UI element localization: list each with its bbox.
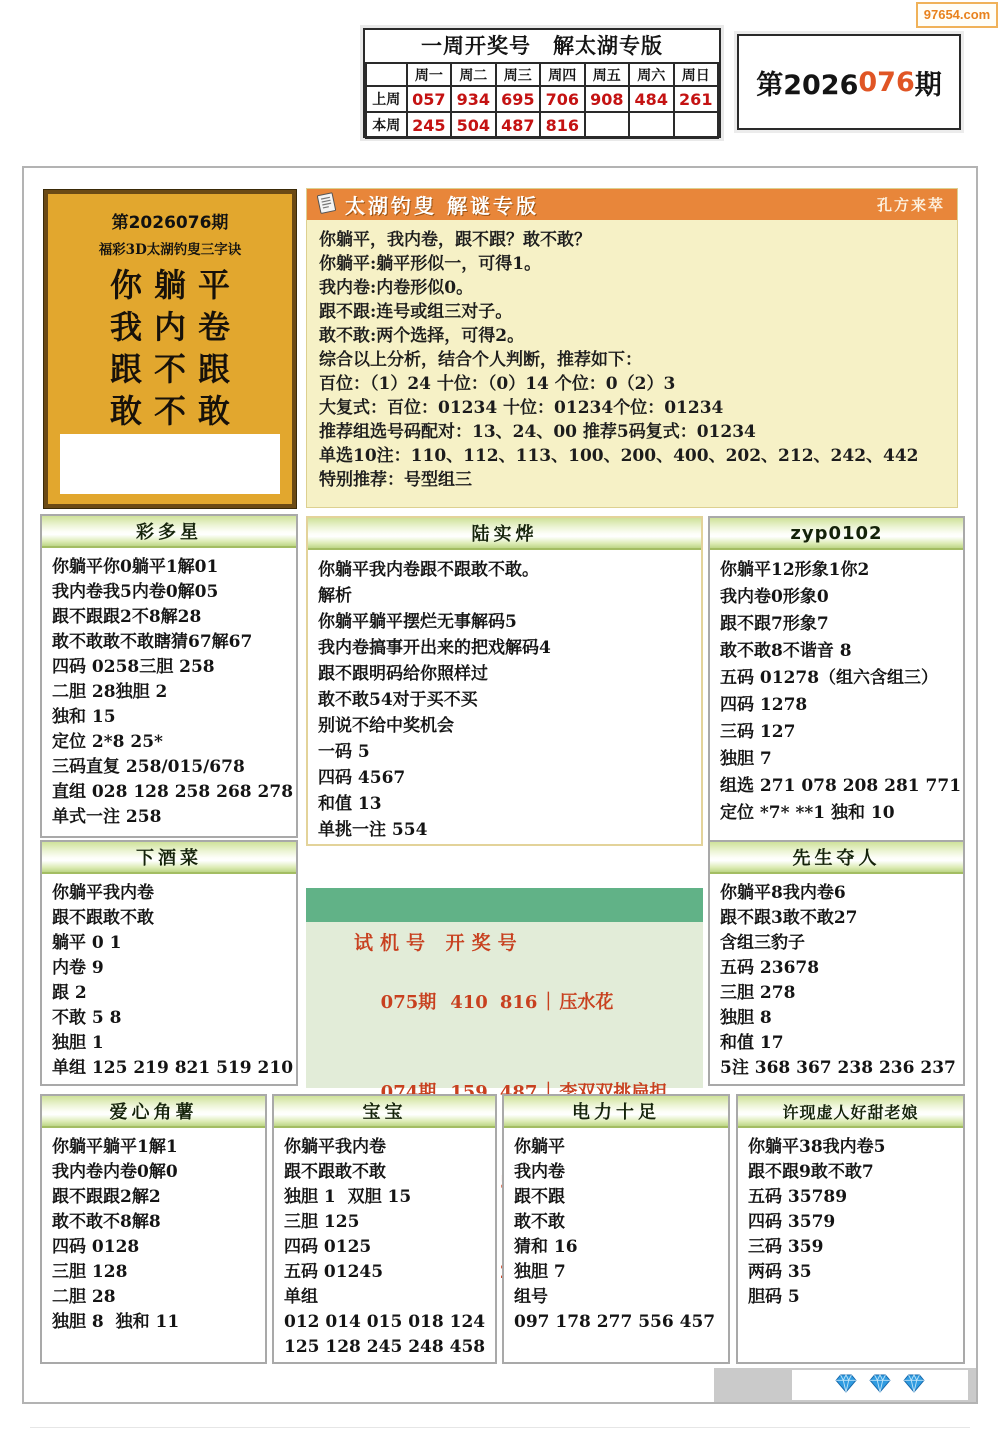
box-title: 陆实烨	[308, 518, 701, 550]
text-line: 我内卷:内卷形似0。	[319, 276, 945, 300]
text-line: 胆码 5	[748, 1285, 953, 1310]
trial-row: 075期410816｜压水花	[318, 958, 703, 1048]
box-lushiye: 陆实烨 你躺平我内卷跟不跟敢不敢。解析你躺平躺平摆烂无事解码5我内卷搞事开出来的…	[306, 516, 703, 846]
text-line: 跟不跟	[48, 348, 292, 390]
text-line: 解析	[318, 583, 691, 609]
box-lines: 你躺平12形象1你2我内卷0形象0跟不跟7形象7敢不敢8不谐音 8五码 0127…	[710, 550, 963, 827]
text-line: 含组三豹子	[720, 931, 953, 956]
number-cell: 057	[407, 86, 451, 112]
table-row: 本周 245 504 487 816	[366, 112, 718, 138]
text-line: 你躺平:躺平形似一，可得1。	[319, 252, 945, 276]
divider	[30, 1427, 970, 1428]
row-label-cell: 本周	[366, 112, 407, 138]
text-line: 独和 15	[52, 705, 286, 730]
box-title: 电力十足	[504, 1096, 728, 1128]
trial-title: 试机号 开奖号	[318, 928, 703, 958]
box-caiduoxing: 彩多星 你躺平你0躺平1解01我内卷我5内卷0解05跟不跟跟2不8解28敢不敢敢…	[40, 514, 298, 838]
box-lines: 你躺平我内卷跟不跟敢不敢。解析你躺平躺平摆烂无事解码5我内卷搞事开出来的把戏解码…	[308, 550, 701, 843]
box-title: 爱心角薯	[42, 1096, 265, 1128]
text-line: 五码 35789	[748, 1185, 953, 1210]
text-line: 跟不跟	[514, 1185, 718, 1210]
gold-issue-title: 第2026076期	[48, 208, 292, 233]
number-cell: 706	[540, 86, 584, 112]
riddle-header-right: 孔方来萃	[877, 194, 945, 215]
text-line: 单挑一注 554	[318, 817, 691, 843]
box-lines: 你躺平躺平1解1我内卷内卷0解0跟不跟跟2解2敢不敢不8解8四码 0128三胆 …	[42, 1128, 265, 1335]
number-cell: 487	[496, 112, 540, 138]
text-line: 内卷 9	[52, 956, 286, 981]
text-line: 百位：（1）24 十位：（0）14 个位：0（2）3	[319, 372, 945, 396]
text-line: 二胆 28	[52, 1285, 255, 1310]
trial-open-numbers-section: 试机号 开奖号 075期410816｜压水花 074期159487｜李双双挑扁担…	[306, 888, 703, 1088]
box-title: 先生夺人	[710, 842, 963, 874]
text-line: 012 014 015 018 124	[284, 1310, 485, 1335]
text-line: 五码 01278（组六含组三）	[720, 665, 953, 692]
text-line: 组选 271 078 208 281 771	[720, 773, 953, 800]
text-line: 独胆 1	[52, 1031, 286, 1056]
text-line: 特别推荐：号型组三	[319, 468, 945, 492]
text-line: 三码 359	[748, 1235, 953, 1260]
box-lines: 你躺平8我内卷6跟不跟3敢不敢27含组三豹子五码 23678三胆 278独胆 8…	[710, 874, 963, 1081]
text-line: 四码 1278	[720, 692, 953, 719]
box-lines: 你躺平我内卷跟不跟敢不敢躺平 0 1内卷 9跟 2不敢 5 8独胆 1单组 12…	[42, 874, 296, 1081]
text-line: 四码 0258三胆 258	[52, 655, 286, 680]
text-line: 097 178 277 556 457	[514, 1310, 718, 1335]
text-line: 125 128 245 248 458	[284, 1335, 485, 1360]
text-line: 三码直复 258/015/678	[52, 755, 286, 780]
text-line: 跟不跟敢不敢	[284, 1160, 485, 1185]
text-line: 单组 125 219 821 519 210	[52, 1056, 286, 1081]
box-title: zyp0102	[710, 518, 963, 550]
text-line: 两码 35	[748, 1260, 953, 1285]
text-line: 推荐组选号码配对：13、24、00 推荐5码复式：01234	[319, 420, 945, 444]
box-title: 彩多星	[42, 516, 296, 548]
text-line: 一码 5	[318, 739, 691, 765]
text-line: 四码 0128	[52, 1235, 255, 1260]
text-line: 三胆 128	[52, 1260, 255, 1285]
text-line: 你躺平躺平1解1	[52, 1135, 255, 1160]
box-lines: 你躺平38我内卷5跟不跟9敢不敢7五码 35789四码 3579三码 359两码…	[738, 1128, 963, 1310]
text-line: 敢不敢	[48, 390, 292, 432]
number-cell: 908	[585, 86, 629, 112]
text-line: 你躺平38我内卷5	[748, 1135, 953, 1160]
green-bar	[306, 888, 703, 922]
day-header-cell: 周四	[540, 63, 584, 86]
box-xiajiucai: 下酒菜 你躺平我内卷跟不跟敢不敢躺平 0 1内卷 9跟 2不敢 5 8独胆 1单…	[40, 840, 298, 1086]
text-line: 别说不给中奖机会	[318, 713, 691, 739]
text-line: 我内卷	[48, 306, 292, 348]
table-header-row: 周一 周二 周三 周四 周五 周六 周日	[366, 63, 718, 86]
box-title: 许现虚人好甜老娘	[738, 1096, 963, 1128]
issue-suffix: 期	[915, 63, 942, 102]
riddle-panel: 太湖钓叟 解谜专版 孔方来萃 你躺平，我内卷，跟不跟？敢不敢？你躺平:躺平形似一…	[306, 188, 958, 508]
text-line: 你躺平8我内卷6	[720, 881, 953, 906]
text-line: 你躺平	[514, 1135, 718, 1160]
text-line: 跟不跟3敢不敢27	[720, 906, 953, 931]
main-content: 第2026076期 福彩3D太湖钓叟三字诀 你躺平我内卷跟不跟敢不敢 太湖钓叟 …	[22, 166, 978, 1404]
text-line: 你躺平12形象1你2	[720, 557, 953, 584]
box-xiansheng: 先生夺人 你躺平8我内卷6跟不跟3敢不敢27含组三豹子五码 23678三胆 27…	[708, 840, 965, 1086]
text-line: 你躺平，我内卷，跟不跟？敢不敢？	[319, 228, 945, 252]
weekly-numbers-panel: 一周开奖号 解太湖专版 周一 周二 周三 周四 周五 周六 周日 上周 057 …	[363, 28, 721, 138]
site-link[interactable]: 97654.com	[916, 2, 998, 28]
text-line: 单式一注 258	[52, 805, 286, 830]
box-dianli: 电力十足 你躺平我内卷跟不跟敢不敢猜和 16独胆 7组号097 178 277 …	[502, 1094, 730, 1364]
trial-body: 试机号 开奖号 075期410816｜压水花 074期159487｜李双双挑扁担…	[306, 922, 703, 1088]
box-title: 宝宝	[274, 1096, 495, 1128]
text-line: 跟 2	[52, 981, 286, 1006]
text-line: 独胆 1 双胆 15	[284, 1185, 485, 1210]
number-cell	[585, 112, 629, 138]
text-line: 敢不敢54对于买不买	[318, 687, 691, 713]
text-line: 四码 3579	[748, 1210, 953, 1235]
day-header-cell: 周一	[407, 63, 451, 86]
text-line: 五码 01245	[284, 1260, 485, 1285]
text-line: 我内卷我5内卷0解05	[52, 580, 286, 605]
day-header-cell: 周六	[629, 63, 673, 86]
box-lines: 你躺平我内卷跟不跟敢不敢独胆 1 双胆 15三胆 125四码 0125五码 01…	[274, 1128, 495, 1360]
number-cell	[674, 112, 719, 138]
scroll-icon	[315, 192, 339, 218]
text-line: 跟不跟9敢不敢7	[748, 1160, 953, 1185]
text-line: 敢不敢:两个选择，可得2。	[319, 324, 945, 348]
issue-prefix: 第2026	[756, 63, 858, 102]
box-xulao: 许现虚人好甜老娘 你躺平38我内卷5跟不跟9敢不敢7五码 35789四码 357…	[736, 1094, 965, 1364]
text-line: 单选10注：110、112、113、100、200、400、202、212、24…	[319, 444, 945, 468]
issue-number: 076	[858, 67, 914, 98]
text-line: 跟不跟跟2不8解28	[52, 605, 286, 630]
text-line: 躺平 0 1	[52, 931, 286, 956]
text-line: 独胆 7	[720, 746, 953, 773]
text-line: 敢不敢不8解8	[52, 1210, 255, 1235]
text-line: 三胆 125	[284, 1210, 485, 1235]
diamond-icon	[869, 1374, 891, 1397]
text-line: 敢不敢敢不敢瞎猜67解67	[52, 630, 286, 655]
text-line: 我内卷搞事开出来的把戏解码4	[318, 635, 691, 661]
table-row: 上周 057 934 695 706 908 484 261	[366, 86, 718, 112]
text-line: 和值 13	[318, 791, 691, 817]
text-line: 我内卷内卷0解0	[52, 1160, 255, 1185]
text-line: 跟不跟:连号或组三对子。	[319, 300, 945, 324]
box-baobao: 宝宝 你躺平我内卷跟不跟敢不敢独胆 1 双胆 15三胆 125四码 0125五码…	[272, 1094, 497, 1364]
text-line: 跟不跟跟2解2	[52, 1185, 255, 1210]
text-line: 独胆 8	[720, 1006, 953, 1031]
gold-subtitle: 福彩3D太湖钓叟三字诀	[48, 238, 292, 258]
gold-riddle-lines: 你躺平我内卷跟不跟敢不敢	[48, 264, 292, 432]
text-line: 综合以上分析，结合个人判断，推荐如下：	[319, 348, 945, 372]
diamond-icon	[903, 1374, 925, 1397]
text-line: 五码 23678	[720, 956, 953, 981]
text-line: 定位 2*8 25*	[52, 730, 286, 755]
text-line: 猜和 16	[514, 1235, 718, 1260]
text-line: 和值 17	[720, 1031, 953, 1056]
text-line: 我内卷0形象0	[720, 584, 953, 611]
day-header-cell: 周二	[451, 63, 495, 86]
riddle-header: 太湖钓叟 解谜专版 孔方来萃	[307, 189, 957, 220]
weekly-numbers-table: 周一 周二 周三 周四 周五 周六 周日 上周 057 934 695 706 …	[365, 62, 719, 139]
text-line: 定位 *7* **1 独和 10	[720, 800, 953, 827]
number-cell	[629, 112, 673, 138]
text-line: 你躺平	[48, 264, 292, 306]
riddle-title: 太湖钓叟 解谜专版	[345, 190, 539, 219]
text-line: 四码 4567	[318, 765, 691, 791]
weekly-panel-title: 一周开奖号 解太湖专版	[365, 31, 719, 61]
box-aixin: 爱心角薯 你躺平躺平1解1我内卷内卷0解0跟不跟跟2解2敢不敢不8解8四码 01…	[40, 1094, 267, 1364]
day-header-cell: 周三	[496, 63, 540, 86]
diamond-icon	[835, 1374, 857, 1397]
box-zyp0102: zyp0102 你躺平12形象1你2我内卷0形象0跟不跟7形象7敢不敢8不谐音 …	[708, 516, 965, 846]
text-line: 你躺平我内卷	[284, 1135, 485, 1160]
row-label-cell: 上周	[366, 86, 407, 112]
issue-number-box: 第2026076期	[737, 34, 961, 130]
text-line: 你躺平你0躺平1解01	[52, 555, 286, 580]
blank-strip	[60, 434, 280, 494]
text-line: 大复式：百位：01234 十位：01234个位：01234	[319, 396, 945, 420]
text-line: 三码 127	[720, 719, 953, 746]
number-cell: 504	[451, 112, 495, 138]
text-line: 5注 368 367 238 236 237	[720, 1056, 953, 1081]
text-line: 组号	[514, 1285, 718, 1310]
text-line: 二胆 28独胆 2	[52, 680, 286, 705]
number-cell: 695	[496, 86, 540, 112]
riddle-body: 你躺平，我内卷，跟不跟？敢不敢？你躺平:躺平形似一，可得1。我内卷:内卷形似0。…	[307, 220, 957, 492]
day-header-cell	[366, 63, 407, 86]
text-line: 你躺平我内卷跟不跟敢不敢。	[318, 557, 691, 583]
text-line: 四码 0125	[284, 1235, 485, 1260]
footer-strip	[714, 1368, 976, 1402]
number-cell: 816	[540, 112, 584, 138]
text-line: 不敢 5 8	[52, 1006, 286, 1031]
diamond-rating	[792, 1370, 968, 1400]
text-line: 独胆 8 独和 11	[52, 1310, 255, 1335]
text-line: 跟不跟7形象7	[720, 611, 953, 638]
number-cell: 484	[629, 86, 673, 112]
number-cell: 261	[674, 86, 719, 112]
text-line: 你躺平躺平摆烂无事解码5	[318, 609, 691, 635]
text-line: 跟不跟敢不敢	[52, 906, 286, 931]
text-line: 直组 028 128 258 268 278	[52, 780, 286, 805]
text-line: 跟不跟明码给你照样过	[318, 661, 691, 687]
number-cell: 934	[451, 86, 495, 112]
number-cell: 245	[407, 112, 451, 138]
text-line: 三胆 278	[720, 981, 953, 1006]
gold-riddle-box: 第2026076期 福彩3D太湖钓叟三字诀 你躺平我内卷跟不跟敢不敢	[44, 190, 296, 508]
day-header-cell: 周日	[674, 63, 719, 86]
box-lines: 你躺平我内卷跟不跟敢不敢猜和 16独胆 7组号097 178 277 556 4…	[504, 1128, 728, 1335]
day-header-cell: 周五	[585, 63, 629, 86]
text-line: 敢不敢	[514, 1210, 718, 1235]
text-line: 敢不敢8不谐音 8	[720, 638, 953, 665]
text-line: 你躺平我内卷	[52, 881, 286, 906]
text-line: 独胆 7	[514, 1260, 718, 1285]
box-title: 下酒菜	[42, 842, 296, 874]
lottery-tips-page: 97654.com 一周开奖号 解太湖专版 周一 周二 周三 周四 周五 周六 …	[0, 0, 1000, 1439]
text-line: 单组	[284, 1285, 485, 1310]
text-line: 我内卷	[514, 1160, 718, 1185]
box-lines: 你躺平你0躺平1解01我内卷我5内卷0解05跟不跟跟2不8解28敢不敢敢不敢瞎猜…	[42, 548, 296, 830]
